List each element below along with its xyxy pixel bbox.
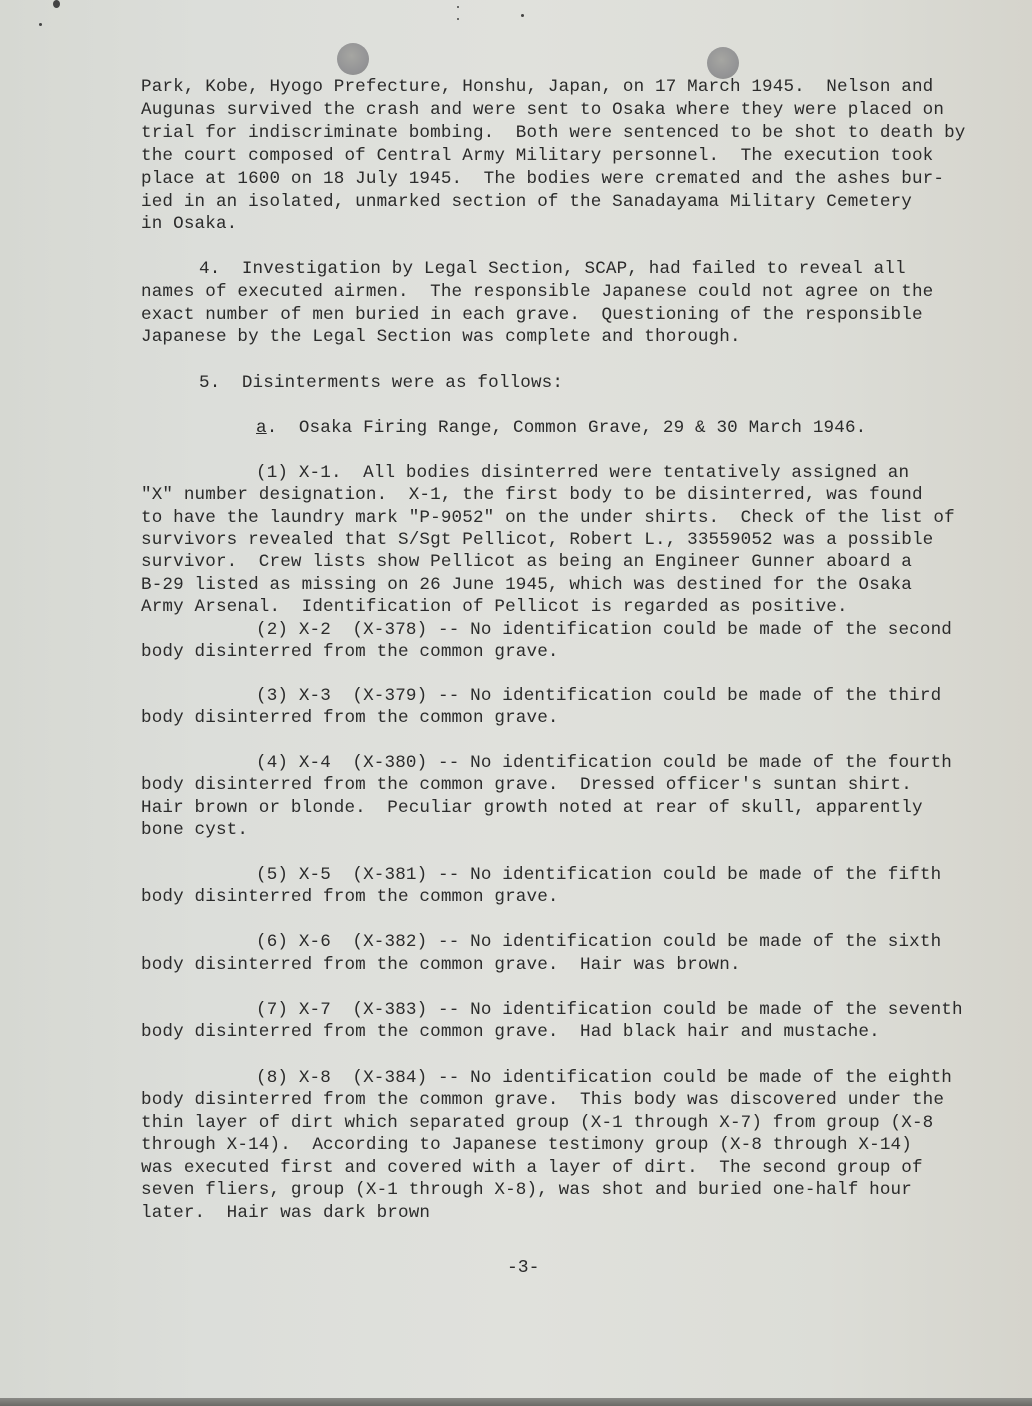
text-line: survivor. Crew lists show Pellicot as be… xyxy=(141,551,912,573)
text-line: body disinterred from the common grave. … xyxy=(141,1089,944,1111)
text-line: Augunas survived the crash and were sent… xyxy=(141,99,944,121)
punch-hole-left xyxy=(337,43,369,75)
text-line: thin layer of dirt which separated group… xyxy=(141,1112,933,1134)
text-line: body disinterred from the common grave. xyxy=(141,707,559,729)
page-number: -3- xyxy=(507,1257,539,1279)
text-line: Japanese by the Legal Section was comple… xyxy=(141,326,741,348)
text-line: later. Hair was dark brown xyxy=(141,1202,430,1224)
text-line: body disinterred from the common grave. xyxy=(141,641,559,663)
text-line: was executed first and covered with a la… xyxy=(141,1157,923,1179)
text-line: trial for indiscriminate bombing. Both w… xyxy=(141,122,966,144)
document-page: Park, Kobe, Hyogo Prefecture, Honshu, Ja… xyxy=(0,0,1032,1398)
text-line: (1) X-1. All bodies disinterred were ten… xyxy=(256,462,909,484)
text-line: 4. Investigation by Legal Section, SCAP,… xyxy=(199,258,906,280)
paper-speck xyxy=(39,23,42,26)
text-line: place at 1600 on 18 July 1945. The bodie… xyxy=(141,168,944,190)
text-line: seven fliers, group (X-1 through X-8), w… xyxy=(141,1179,912,1201)
text-line: Park, Kobe, Hyogo Prefecture, Honshu, Ja… xyxy=(141,76,933,98)
text-line: names of executed airmen. The responsibl… xyxy=(141,281,933,303)
page-bottom-edge xyxy=(0,1398,1032,1406)
paper-speck xyxy=(457,18,459,20)
text-line: body disinterred from the common grave. … xyxy=(141,1021,880,1043)
subsection-a-heading: a. Osaka Firing Range, Common Grave, 29 … xyxy=(256,417,866,439)
text-line: exact number of men buried in each grave… xyxy=(141,304,923,326)
text-line: (6) X-6 (X-382) -- No identification cou… xyxy=(256,931,941,953)
text-line: (8) X-8 (X-384) -- No identification cou… xyxy=(256,1067,952,1089)
text-line: "X" number designation. X-1, the first b… xyxy=(141,484,923,506)
text-line: (2) X-2 (X-378) -- No identification cou… xyxy=(256,619,952,641)
text-line: body disinterred from the common grave. … xyxy=(141,954,741,976)
text-line: Hair brown or blonde. Peculiar growth no… xyxy=(141,797,923,819)
text-line: (7) X-7 (X-383) -- No identification cou… xyxy=(256,999,963,1021)
paragraph-5-heading: 5. Disinterments were as follows: xyxy=(199,372,563,394)
text-line: B-29 listed as missing on 26 June 1945, … xyxy=(141,574,912,596)
text-line: body disinterred from the common grave. xyxy=(141,886,559,908)
text-line: body disinterred from the common grave. … xyxy=(141,774,912,796)
subsection-title: . Osaka Firing Range, Common Grave, 29 &… xyxy=(267,418,867,438)
text-line: the court composed of Central Army Milit… xyxy=(141,145,933,167)
text-line: ied in an isolated, unmarked section of … xyxy=(141,191,912,213)
text-line: Army Arsenal. Identification of Pellicot… xyxy=(141,596,848,618)
punch-hole-right xyxy=(707,47,739,79)
paper-speck xyxy=(53,0,60,8)
text-line: survivors revealed that S/Sgt Pellicot, … xyxy=(141,529,933,551)
paper-speck xyxy=(521,14,524,17)
text-line: bone cyst. xyxy=(141,819,248,841)
subsection-label: a xyxy=(256,418,267,438)
text-line: (5) X-5 (X-381) -- No identification cou… xyxy=(256,864,941,886)
text-line: (4) X-4 (X-380) -- No identification cou… xyxy=(256,752,952,774)
text-line: (3) X-3 (X-379) -- No identification cou… xyxy=(256,685,941,707)
text-line: through X-14). According to Japanese tes… xyxy=(141,1134,912,1156)
text-line: to have the laundry mark "P-9052" on the… xyxy=(141,507,955,529)
text-line: in Osaka. xyxy=(141,213,237,235)
paper-speck xyxy=(457,6,459,8)
